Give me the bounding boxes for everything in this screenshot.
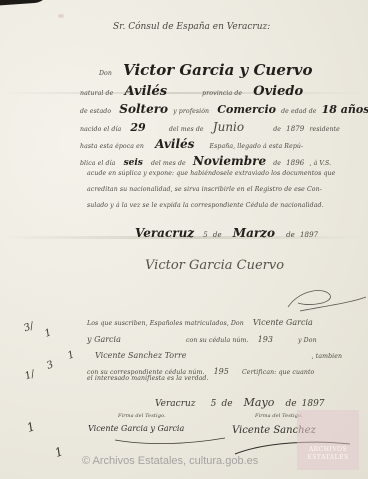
applicant-name: Victor Garcia y Cuervo — [123, 61, 312, 79]
status-line: de estado Soltero y profesión Comercio d… — [80, 98, 368, 117]
witness-date-month: Mayo — [244, 396, 275, 409]
tambien-label: , tambien — [312, 353, 342, 360]
margin-mark: 1/ — [23, 369, 36, 383]
born-month-value: Junio — [213, 120, 244, 134]
born-month-label: del mes de — [169, 126, 204, 133]
birthplace-value: Avilés — [124, 84, 167, 99]
petition-place: Veracruz — [135, 226, 194, 240]
document-scan: Sr. Cónsul de España en Veracruz: Don Vi… — [0, 0, 368, 479]
natural-label: natural de — [80, 90, 113, 97]
margin-mark: 1 — [53, 444, 65, 460]
witness2-signature-label: Firma del Testigo. — [255, 413, 303, 419]
witness2-cedula-number: 195 — [214, 367, 229, 376]
arrival-year-label: de — [273, 160, 281, 167]
applicant-signature: Victor Garcia Cuervo — [145, 258, 284, 273]
resident-until-label: hasta esta época en — [80, 143, 144, 150]
born-day-label: nacido el día — [80, 126, 121, 133]
archive-logo: ARCHIVOS ESTATALES — [297, 410, 359, 470]
witness1-flourish — [110, 430, 230, 450]
margin-mark: 1 — [25, 419, 37, 435]
logo-line2: ESTATALES — [297, 454, 359, 461]
margin-mark: 3/ — [22, 321, 35, 335]
witness-date-year: 1897 — [302, 399, 325, 409]
petition-date-line: Veracruz 5 de Marzo de 1897 — [135, 222, 318, 241]
witness-date-year-label: de — [285, 399, 296, 409]
petition-year-label: de — [286, 231, 295, 239]
witness-date-line: Veracruz 5 de Mayo de 1897 — [155, 391, 325, 410]
witness-intro: Los que suscriben, Españoles matriculado… — [87, 320, 244, 327]
born-year-value: 1879 — [286, 125, 304, 133]
resident-label: residente — [309, 126, 339, 133]
age-label: de edad de — [281, 108, 316, 115]
witness-date-day: 5 — [211, 399, 217, 409]
document-heading: Sr. Cónsul de España en Veracruz: — [113, 22, 270, 32]
resident-place-value: Avilés — [155, 137, 194, 151]
witness-date-place: Veracruz — [155, 399, 196, 409]
margin-mark: 1 — [66, 349, 76, 362]
witness-date-day-label: de — [221, 399, 232, 409]
body-line: acreditan su nacionalidad, se sirva insc… — [87, 186, 322, 193]
born-year-label: de — [273, 126, 281, 133]
age-value: 18 años — [322, 103, 368, 116]
don-label: Don — [99, 70, 112, 77]
margin-mark: 3 — [45, 359, 55, 372]
paper-stain — [58, 14, 64, 18]
body-line: sulado y á la vez se le expida la corres… — [87, 202, 324, 209]
arrival-month-value: Noviembre — [193, 154, 266, 168]
petition-day-label: de — [213, 231, 222, 239]
margin-mark: 1 — [43, 327, 53, 340]
certify-label: Certifican: que cuanto — [242, 369, 314, 376]
page-corner-shadow — [0, 0, 50, 6]
witness-closing: el interesado manifiesta es la verdad. — [87, 375, 209, 382]
petition-month: Marzo — [233, 226, 275, 240]
civil-status-label: de estado — [80, 108, 111, 115]
province-value: Oviedo — [253, 84, 303, 99]
profession-label: y profesión — [173, 108, 209, 115]
arrival-label: España, llegado á esta Repú- — [210, 143, 304, 150]
copyright-watermark: © Archivos Estatales, cultura.gob.es — [82, 455, 258, 467]
arrival-day-value: seis — [124, 158, 143, 168]
arrival-closing: , á V.S. — [309, 160, 331, 167]
petition-day: 5 — [203, 231, 208, 239]
birthplace-line: natural de Avilés provincia de Oviedo — [80, 80, 303, 99]
arrival-prefix: blica el día — [80, 160, 115, 167]
logo-line1: ARCHIVOS — [297, 446, 359, 453]
witness1-name-part1: Vicente Garcia — [253, 318, 313, 327]
civil-status-value: Soltero — [119, 102, 168, 116]
witness1-signature-label: Firma del Testigo. — [118, 413, 166, 419]
profession-value: Comercio — [217, 103, 276, 116]
applicant-line: Don Victor Garcia y Cuervo — [99, 60, 313, 79]
arrival-line: blica el día seis del mes de Noviembre d… — [80, 150, 331, 169]
arrival-year-value: 1896 — [286, 159, 304, 167]
body-line: acude en súplica y expone: que habiéndos… — [87, 170, 335, 177]
petition-year: 1897 — [300, 231, 318, 239]
arrival-month-label: del mes de — [151, 160, 186, 167]
province-label: provincia de — [202, 90, 242, 97]
